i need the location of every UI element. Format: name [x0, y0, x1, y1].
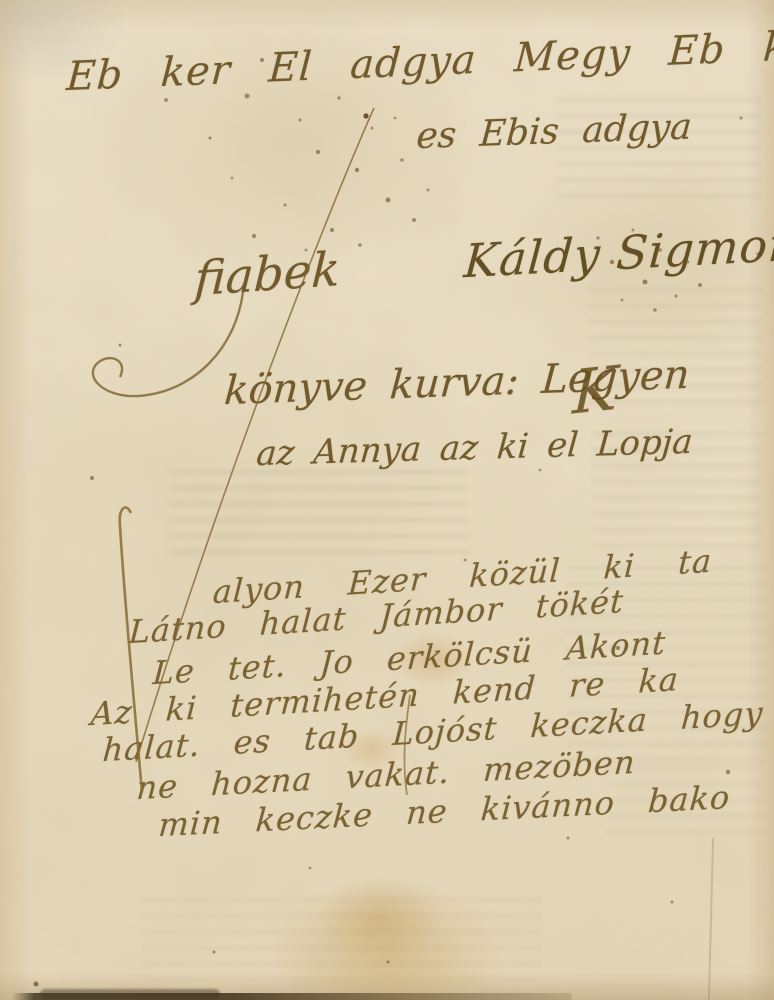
bleed-through-print [168, 470, 468, 566]
ownership-name: Káldy Sigmond [462, 215, 774, 288]
manuscript-page: Eb ker El adgya Megy Eb ker. es Ebis adg… [0, 0, 774, 1000]
bleed-through-print [142, 898, 542, 980]
flourish-letter: K [572, 353, 619, 428]
inscription-line-1: Eb ker El adgya Megy Eb ker. [65, 21, 774, 100]
page-edge-shadow [40, 989, 220, 999]
initial-swash [93, 292, 243, 396]
ownership-prefix: fiabek [193, 242, 341, 308]
ink-dot [363, 113, 368, 118]
paper-crease [708, 838, 714, 1000]
